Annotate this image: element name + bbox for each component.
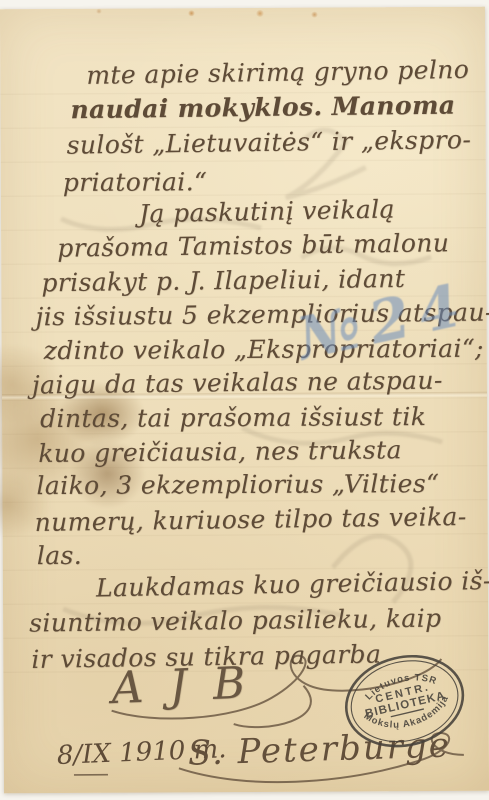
handwritten-line: priatoriai.“: [63, 167, 207, 197]
signature: A J B: [111, 658, 253, 715]
handwritten-line: numerų, kuriuose tilpo tas veika-: [34, 502, 466, 537]
foxing-spot: [311, 12, 318, 18]
foxing-spot: [256, 10, 264, 17]
foxing-spot: [188, 10, 195, 16]
handwritten-line: prisakyt p. J. Ilapeliui, idant: [41, 264, 405, 297]
handwritten-line: sulošt „Lietuvaitės“ ir „ekspro-: [66, 125, 471, 160]
handwritten-line: Laukdamas kuo greičiausio iš-: [96, 566, 489, 603]
handwritten-line: Ją paskutinį veikalą: [139, 194, 395, 228]
letter-paper: mte apie skirimą gryno pelno naudai moky…: [0, 7, 489, 794]
handwritten-line: mte apie skirimą gryno pelno: [86, 55, 469, 90]
handwritten-line: dintas, tai prašoma išsiust tik: [40, 402, 426, 433]
handwritten-line: prašoma Tamistos būt malonu: [57, 228, 449, 262]
handwritten-line: kuo greičiausia, nes truksta: [38, 435, 402, 468]
handwritten-line: las.: [37, 541, 82, 570]
handwritten-line: jaigu da tas veikalas ne atspau-: [32, 366, 443, 400]
foxing-spot: [96, 9, 102, 14]
handwritten-line: siuntimo veikalo pasilieku, kaip: [29, 604, 442, 638]
handwritten-line: laiko, 3 ekzempliorius „Vilties“: [36, 469, 439, 500]
scanned-letter-page: { "letter": { "language": "Lithuanian", …: [0, 0, 489, 800]
handwritten-line: naudai mokyklos. Manoma: [70, 91, 455, 125]
